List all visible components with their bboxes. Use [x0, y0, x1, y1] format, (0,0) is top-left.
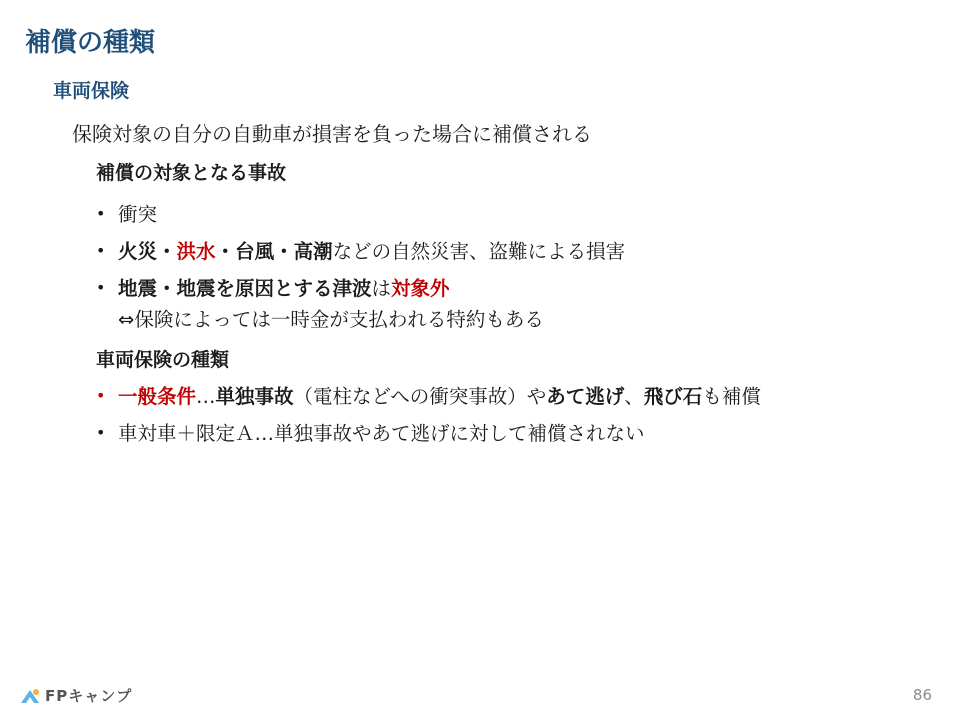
bullet-item: •地震・地震を原因とする津波は対象外	[96, 273, 450, 301]
bullet-icon: •	[96, 241, 118, 260]
bullet-item: •車対車＋限定Ａ…単独事故やあて逃げに対して補償されない	[96, 418, 645, 446]
page-number: 86	[913, 686, 932, 704]
brand-logo: FPキャンプ	[20, 685, 132, 706]
lead-text: 保険対象の自分の自動車が損害を負った場合に補償される	[72, 118, 592, 147]
logo-text: FPキャンプ	[45, 685, 132, 706]
bullet-icon: •	[96, 204, 118, 223]
section-heading-covered-accidents: 補償の対象となる事故	[96, 158, 286, 185]
mountain-logo-icon	[20, 688, 42, 704]
bullet-item: •衝突	[96, 199, 157, 227]
slide-title: 補償の種類	[25, 22, 155, 59]
bullet-icon: •	[96, 423, 118, 442]
slide-subtitle: 車両保険	[53, 76, 129, 103]
bullet-icon: •	[96, 386, 118, 405]
section-heading-insurance-types: 車両保険の種類	[96, 345, 229, 372]
bullet-continuation: ⇔保険によっては一時金が支払われる特約もある	[118, 304, 544, 332]
bullet-icon: •	[96, 278, 118, 297]
bullet-item: •火災・洪水・台風・高潮などの自然災害、盗難による損害	[96, 236, 625, 264]
bullet-item: •一般条件…単独事故（電柱などへの衝突事故）やあて逃げ、飛び石も補償	[96, 381, 761, 409]
